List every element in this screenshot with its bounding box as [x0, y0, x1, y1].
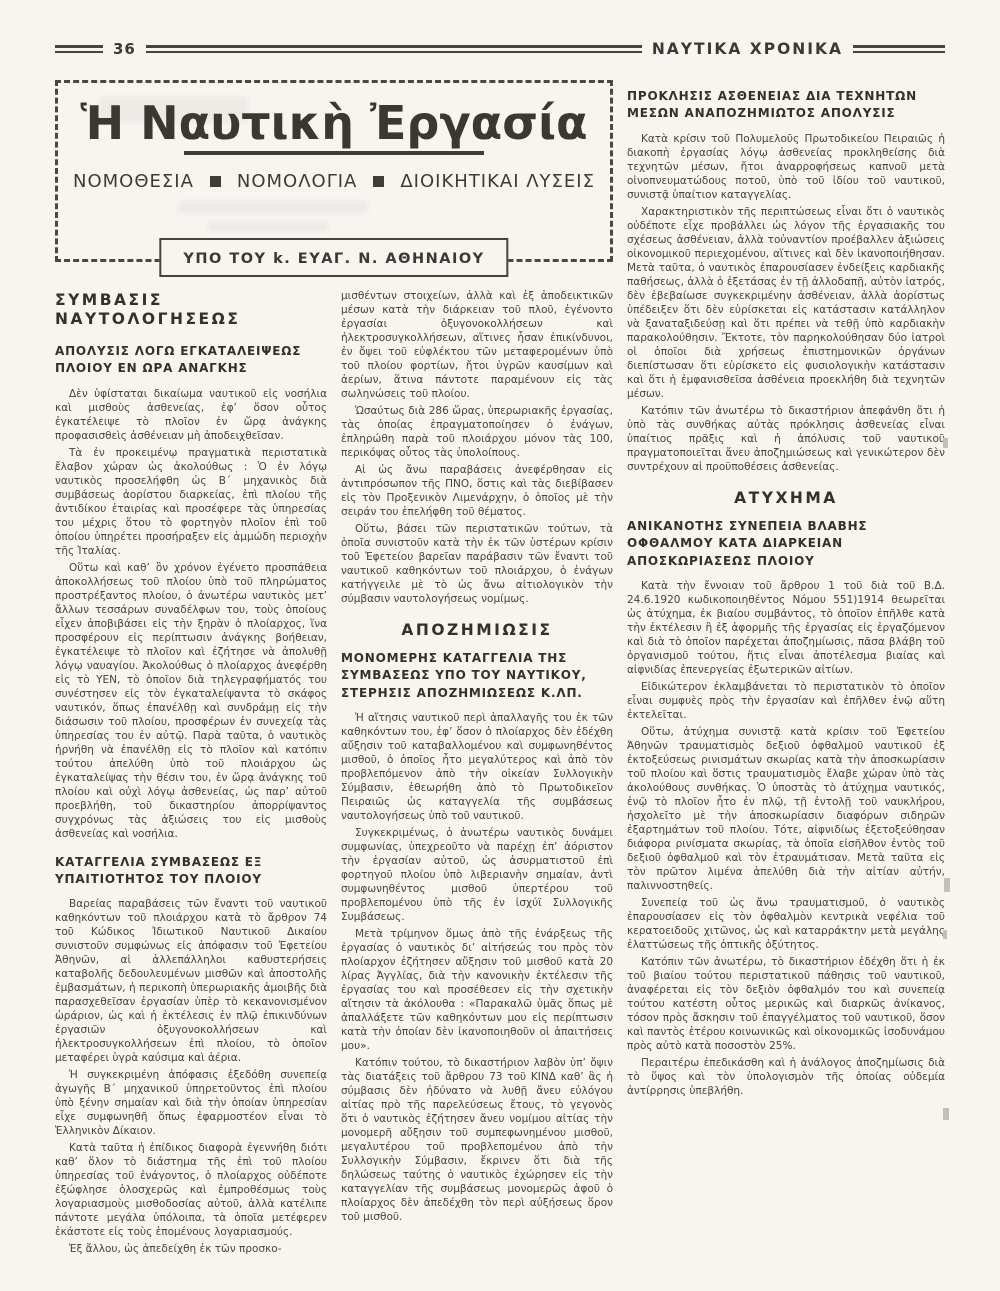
two-column-area: ΣΥΜΒΑΣΙΣ ΝΑΥΤΟΛΟΓΗΣΕΩΣΑΠΟΛΥΣΙΣ ΛΟΓΩ ΕΓΚΑ…: [55, 289, 613, 1259]
title-underline: [184, 151, 484, 155]
paragraph: Ἡ αἴτησις ναυτικοῦ περὶ ἀπαλλαγῆς του ἐκ…: [341, 711, 613, 823]
paragraph: Ἡ συγκεκριμένη ἀπόφασις ἐξεδόθη συνεπείᾳ…: [55, 1068, 327, 1138]
page-content: Ἡ Ναυτικὴ Ἐργασία ΝΟΜΟΘΕΣΙΑΝΟΜΟΛΟΓΙΑΔΙΟΙ…: [55, 72, 945, 1259]
scan-artifact: [944, 878, 950, 892]
subtitle-item: ΝΟΜΟΘΕΣΙΑ: [73, 171, 194, 192]
text-column-2: μισθέντων στοιχείων, ἀλλὰ καὶ ἐξ ἀποδεικ…: [341, 289, 613, 1259]
section-heading: ΣΥΜΒΑΣΙΣ ΝΑΥΤΟΛΟΓΗΣΕΩΣ: [55, 291, 327, 330]
print-showthrough-smudge: [208, 221, 328, 231]
square-bullet-icon: [373, 176, 384, 187]
paragraph: Αἱ ὡς ἄνω παραβάσεις ἀνεφέρθησαν εἰς ἀντ…: [341, 463, 613, 519]
text-column-1: ΣΥΜΒΑΣΙΣ ΝΑΥΤΟΛΟΓΗΣΕΩΣΑΠΟΛΥΣΙΣ ΛΟΓΩ ΕΓΚΑ…: [55, 289, 327, 1259]
paragraph: Κατὰ ταῦτα ἡ ἐπίδικος διαφορὰ ἐγεννήθη δ…: [55, 1141, 327, 1239]
paragraph: Κατὰ τὴν ἔννοιαν τοῦ ἄρθρου 1 τοῦ διὰ το…: [627, 579, 945, 677]
magazine-title: ΝΑΥΤΙΚΑ ΧΡΟΝΙΚΑ: [652, 40, 843, 58]
paragraph: Κατὰ κρίσιν τοῦ Πολυμελοῦς Πρωτοδικείου …: [627, 132, 945, 202]
subtitle-item: ΔΙΟΙΚΗΤΙΚΑΙ ΛΥΣΕΙΣ: [400, 171, 595, 192]
magazine-page: 36 ΝΑΥΤΙΚΑ ΧΡΟΝΙΚΑ Ἡ Ναυτικὴ Ἐργασία ΝΟΜ…: [0, 0, 1000, 1291]
paragraph: Ὡσαύτως διὰ 286 ὥρας, ὑπερωριακῆς ἐργασί…: [341, 404, 613, 460]
header-rule-left: [55, 45, 103, 53]
paragraph: Χαρακτηριστικὸν τῆς περιπτώσεως εἶναι ὅτ…: [627, 205, 945, 401]
paragraph: Συγκεκριμένως, ὁ ἀνωτέρω ναυτικὸς δυνάμε…: [341, 826, 613, 924]
sub-heading: ΑΠΟΛΥΣΙΣ ΛΟΓΩ ΕΓΚΑΤΑΛΕΙΨΕΩΣ ΠΛΟΙΟΥ ΕΝ ΩΡ…: [55, 343, 327, 378]
paragraph: Οὕτω καὶ καθ’ ὃν χρόνον ἐγένετο προσπάθε…: [55, 561, 327, 841]
byline: ΥΠΟ ΤΟΥ k. ΕΥΑΓ. Ν. ΑΘΗΝΑΙΟΥ: [183, 251, 484, 267]
sub-heading: ΠΡΟΚΛΗΣΙΣ ΑΣΘΕΝΕΙΑΣ ΔΙΑ ΤΕΧΝΗΤΩΝ ΜΕΣΩΝ Α…: [627, 88, 945, 123]
text-column-3: ΠΡΟΚΛΗΣΙΣ ΑΣΘΕΝΕΙΑΣ ΔΙΑ ΤΕΧΝΗΤΩΝ ΜΕΣΩΝ Α…: [627, 72, 945, 1259]
paragraph: Κατόπιν τῶν ἀνωτέρω, τὸ δικαστήριον ἐδέχ…: [627, 955, 945, 1053]
print-showthrough-smudge: [98, 97, 248, 123]
page-number: 36: [113, 40, 136, 58]
paragraph: Περαιτέρω ἐπεδικάσθη καὶ ἡ ἀνάλογος ἀποζ…: [627, 1056, 945, 1098]
header-rule-right: [853, 45, 945, 53]
sub-heading: ΜΟΝΟΜΕΡΗΣ ΚΑΤΑΓΓΕΛΙΑ ΤΗΣ ΣΥΜΒΑΣΕΩΣ ΥΠΟ Τ…: [341, 650, 613, 702]
paragraph: Ἐξ ἄλλου, ὡς ἀπεδείχθη ἐκ τῶν προσκο-: [55, 1242, 327, 1256]
paragraph: Δὲν ὑφίσταται δικαίωμα ναυτικοῦ εἰς νοσή…: [55, 387, 327, 443]
paragraph: Συνεπείᾳ τοῦ ὡς ἄνω τραυματισμοῦ, ὁ ναυτ…: [627, 896, 945, 952]
paragraph: μισθέντων στοιχείων, ἀλλὰ καὶ ἐξ ἀποδεικ…: [341, 289, 613, 401]
header-rule-middle: [146, 45, 642, 53]
centered-heading: ΑΠΟΖΗΜΙΩΣΙΣ: [341, 623, 613, 637]
subtitle-item: ΝΟΜΟΛΟΓΙΑ: [237, 171, 357, 192]
paragraph: Κατόπιν τούτου, τὸ δικαστήριον λαβὸν ὑπ’…: [341, 1056, 613, 1224]
scan-artifact: [943, 438, 948, 448]
paragraph: Βαρείας παραβάσεις τῶν ἔναντι τοῦ ναυτικ…: [55, 897, 327, 1065]
paragraph: Τὰ ἐν προκειμένῳ πραγματικὰ περιστατικὰ …: [55, 446, 327, 558]
scan-artifact: [943, 1108, 949, 1120]
paragraph: Οὕτω, βάσει τῶν περιστατικῶν τούτων, τὰ …: [341, 522, 613, 606]
scan-artifact: [943, 930, 947, 939]
square-bullet-icon: [210, 176, 221, 187]
centered-heading: ΑΤΥΧΗΜΑ: [627, 491, 945, 505]
print-showthrough-smudge: [178, 201, 368, 213]
paragraph: Οὕτω, ἀτύχημα συνιστᾷ κατὰ κρίσιν τοῦ Ἐφ…: [627, 725, 945, 893]
paragraph: Κατόπιν τῶν ἀνωτέρω τὸ δικαστήριον ἀπεφά…: [627, 404, 945, 474]
byline-box: ΥΠΟ ΤΟΥ k. ΕΥΑΓ. Ν. ΑΘΗΝΑΙΟΥ: [159, 238, 508, 277]
article-subtitle: ΝΟΜΟΘΕΣΙΑΝΟΜΟΛΟΓΙΑΔΙΟΙΚΗΤΙΚΑΙ ΛΥΣΕΙΣ: [58, 171, 610, 192]
left-column-group: Ἡ Ναυτικὴ Ἐργασία ΝΟΜΟΘΕΣΙΑΝΟΜΟΛΟΓΙΑΔΙΟΙ…: [55, 72, 613, 1259]
article-title-box: Ἡ Ναυτικὴ Ἐργασία ΝΟΜΟΘΕΣΙΑΝΟΜΟΛΟΓΙΑΔΙΟΙ…: [55, 80, 613, 262]
page-header: 36 ΝΑΥΤΙΚΑ ΧΡΟΝΙΚΑ: [55, 40, 945, 58]
paragraph: Μετὰ τρίμηνον ὅμως ἀπὸ τῆς ἐνάρξεως τῆς …: [341, 927, 613, 1053]
sub-heading: ΑΝΙΚΑΝΟΤΗΣ ΣΥΝΕΠΕΙΑ ΒΛΑΒΗΣ ΟΦΘΑΛΜΟΥ ΚΑΤΑ…: [627, 518, 945, 570]
paragraph: Εἰδικώτερον ἐκλαμβάνεται τὸ περιστατικὸν…: [627, 680, 945, 722]
sub-heading: ΚΑΤΑΓΓΕΛΙΑ ΣΥΜΒΑΣΕΩΣ ΕΞ ΥΠΑΙΤΙΟΤΗΤΟΣ ΤΟΥ…: [55, 854, 327, 889]
